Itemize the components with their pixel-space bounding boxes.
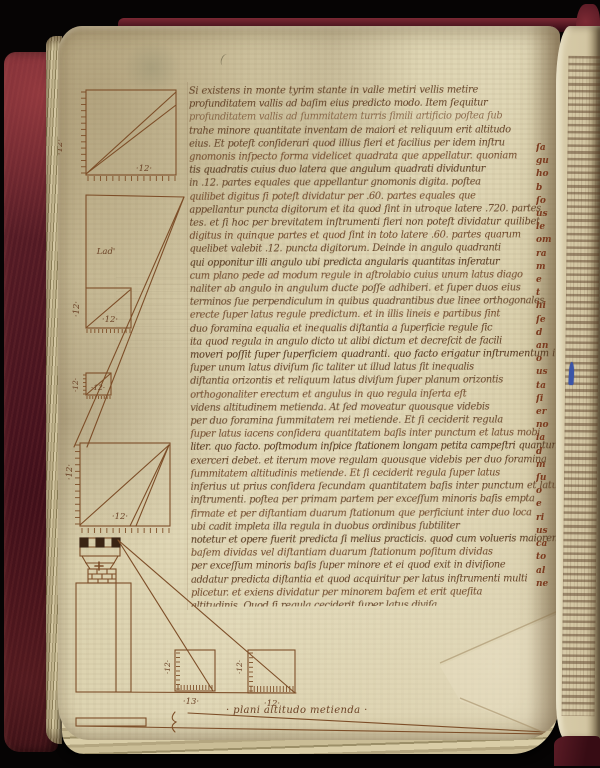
text-line: gnomonis inſpecto forma videlicet quadra…: [189, 149, 554, 164]
text-line: ie: [536, 221, 556, 234]
text-line: e: [536, 498, 556, 511]
tower-shaft: [76, 583, 131, 692]
quadrant-diagram-3: [80, 443, 170, 526]
text-line: trahe minore quantitate inventam de maio…: [189, 123, 554, 138]
binding-corner-bottom-right: [554, 736, 600, 766]
d3-left-label: ·12·: [65, 464, 75, 480]
quadrant-diagram-1: [86, 90, 176, 175]
text-line: altitudinis. Quod ſi regula ceciderit ſu…: [191, 598, 556, 607]
d2-sq2-inside-label: ·12·: [91, 383, 105, 392]
text-line: ri: [536, 512, 556, 525]
text-line: gu: [536, 155, 556, 168]
text-line: to: [536, 551, 556, 564]
d4-sqB-left-ticks: [249, 653, 253, 691]
d1-left-label: ·12·: [58, 139, 65, 155]
text-line: o: [536, 353, 556, 366]
d2-margin-label: Lad': [96, 247, 116, 257]
d1-left-ticks: [81, 92, 86, 173]
tower-brick-neck: [88, 569, 116, 583]
banner-flourish: [172, 712, 176, 732]
d4-sqB-left-label: ·12·: [235, 660, 244, 674]
tower-capital: [82, 556, 118, 563]
text-line: inſtrumenti. poſtea per primam partem pe…: [191, 492, 556, 507]
text-line: us: [536, 208, 556, 221]
text-line: o: [536, 485, 556, 498]
text-line: m: [536, 261, 556, 274]
text-line: al: [536, 565, 556, 578]
d1-bottom-ticks: [88, 176, 175, 181]
text-line: b: [536, 182, 556, 195]
text-line: hi: [536, 300, 556, 313]
text-line: notetur et opere fuerit predicta ſi meli…: [191, 532, 556, 547]
text-line: diſtantia orizontis et reliquum latus di…: [190, 374, 555, 389]
text-line: er: [536, 406, 556, 419]
manuscript-photo: Si existens in monte tyrim stante in val…: [0, 0, 600, 768]
ink-smudge: [124, 36, 180, 100]
main-text-block: Si existens in monte tyrim stante in val…: [189, 83, 556, 607]
facing-page-edge: [556, 26, 600, 740]
marginal-squiggle: [219, 53, 231, 67]
text-line: ne: [536, 578, 556, 591]
d4-sqA-left-label: ·12·: [163, 660, 172, 674]
text-line: ſu: [536, 472, 556, 485]
d2-sq1-left-label: ·12·: [72, 301, 82, 317]
facing-page-text: [562, 56, 600, 716]
text-line: addatur predicta diſtantia et quod acqui…: [191, 572, 556, 587]
text-line: ra: [536, 248, 556, 261]
text-line: ho: [536, 168, 556, 181]
text-line: d: [536, 446, 556, 459]
d2-sq2-left-label: ·12·: [71, 378, 80, 392]
text-line: ſe: [536, 314, 556, 327]
text-line: ia: [536, 432, 556, 445]
tower-battlement: [80, 538, 120, 556]
text-line: firmate et per diſtantiam duarum ſtation…: [191, 506, 556, 521]
text-line: t: [536, 287, 556, 300]
text-line: liter. quo facto. poſtmodum inſpice ſtat…: [190, 440, 555, 455]
d1-bottom-label: ·12·: [136, 164, 152, 174]
text-line: m: [536, 459, 556, 472]
d3-left-ticks: [75, 445, 80, 524]
text-line: per exceſſum minoris baſis ſuper minore …: [191, 559, 556, 574]
d4-sqB-bottom-ticks: [251, 686, 293, 692]
text-line: om: [536, 234, 556, 247]
text-line: moveri poſſit ſuper ſuperficiem quadrant…: [190, 347, 555, 362]
d4-sqA-bottom-label: ·13·: [183, 697, 199, 707]
text-line: no: [536, 419, 556, 432]
d4-sqA-left-ticks: [176, 653, 180, 689]
d2-sq2-left-ticks: [83, 375, 86, 394]
text-line: ſi: [536, 393, 556, 406]
text-line: terminos ſue perpendiculum in quibus qua…: [190, 294, 555, 309]
text-line: exerceri debet. et iterum move regulam q…: [190, 453, 555, 468]
text-line: us: [536, 525, 556, 538]
text-line: quelibet valebit .12. puncta digitorum. …: [190, 242, 555, 257]
d2-sq2-bottom-ticks: [87, 396, 110, 399]
text-line: ſo: [536, 195, 556, 208]
d3-bottom-ticks: [82, 528, 169, 533]
catchword-text: · plani altitudo metienda ·: [226, 705, 456, 716]
page-edge-text-fragments: ſaguhobſousieomramethiſedanoustaſiernoia…: [536, 142, 556, 612]
text-line: profunditatem vallis ad ſummitatem turri…: [189, 110, 554, 125]
text-line: e: [536, 274, 556, 287]
text-line: ta: [536, 380, 556, 393]
parchment-page: Si existens in monte tyrim stante in val…: [58, 26, 560, 740]
ground-line: [103, 692, 296, 693]
text-line: an: [536, 340, 556, 353]
ground-square-b: [248, 650, 295, 693]
text-line: d: [536, 327, 556, 340]
d4-sqA-bottom-ticks: [178, 685, 212, 690]
ground-square-a: [175, 650, 215, 691]
text-line: ca: [536, 538, 556, 551]
d3-bottom-label: ·12·: [112, 512, 128, 522]
ruling-line: [187, 82, 188, 610]
text-line: us: [536, 366, 556, 379]
text-line: ſa: [536, 142, 556, 155]
